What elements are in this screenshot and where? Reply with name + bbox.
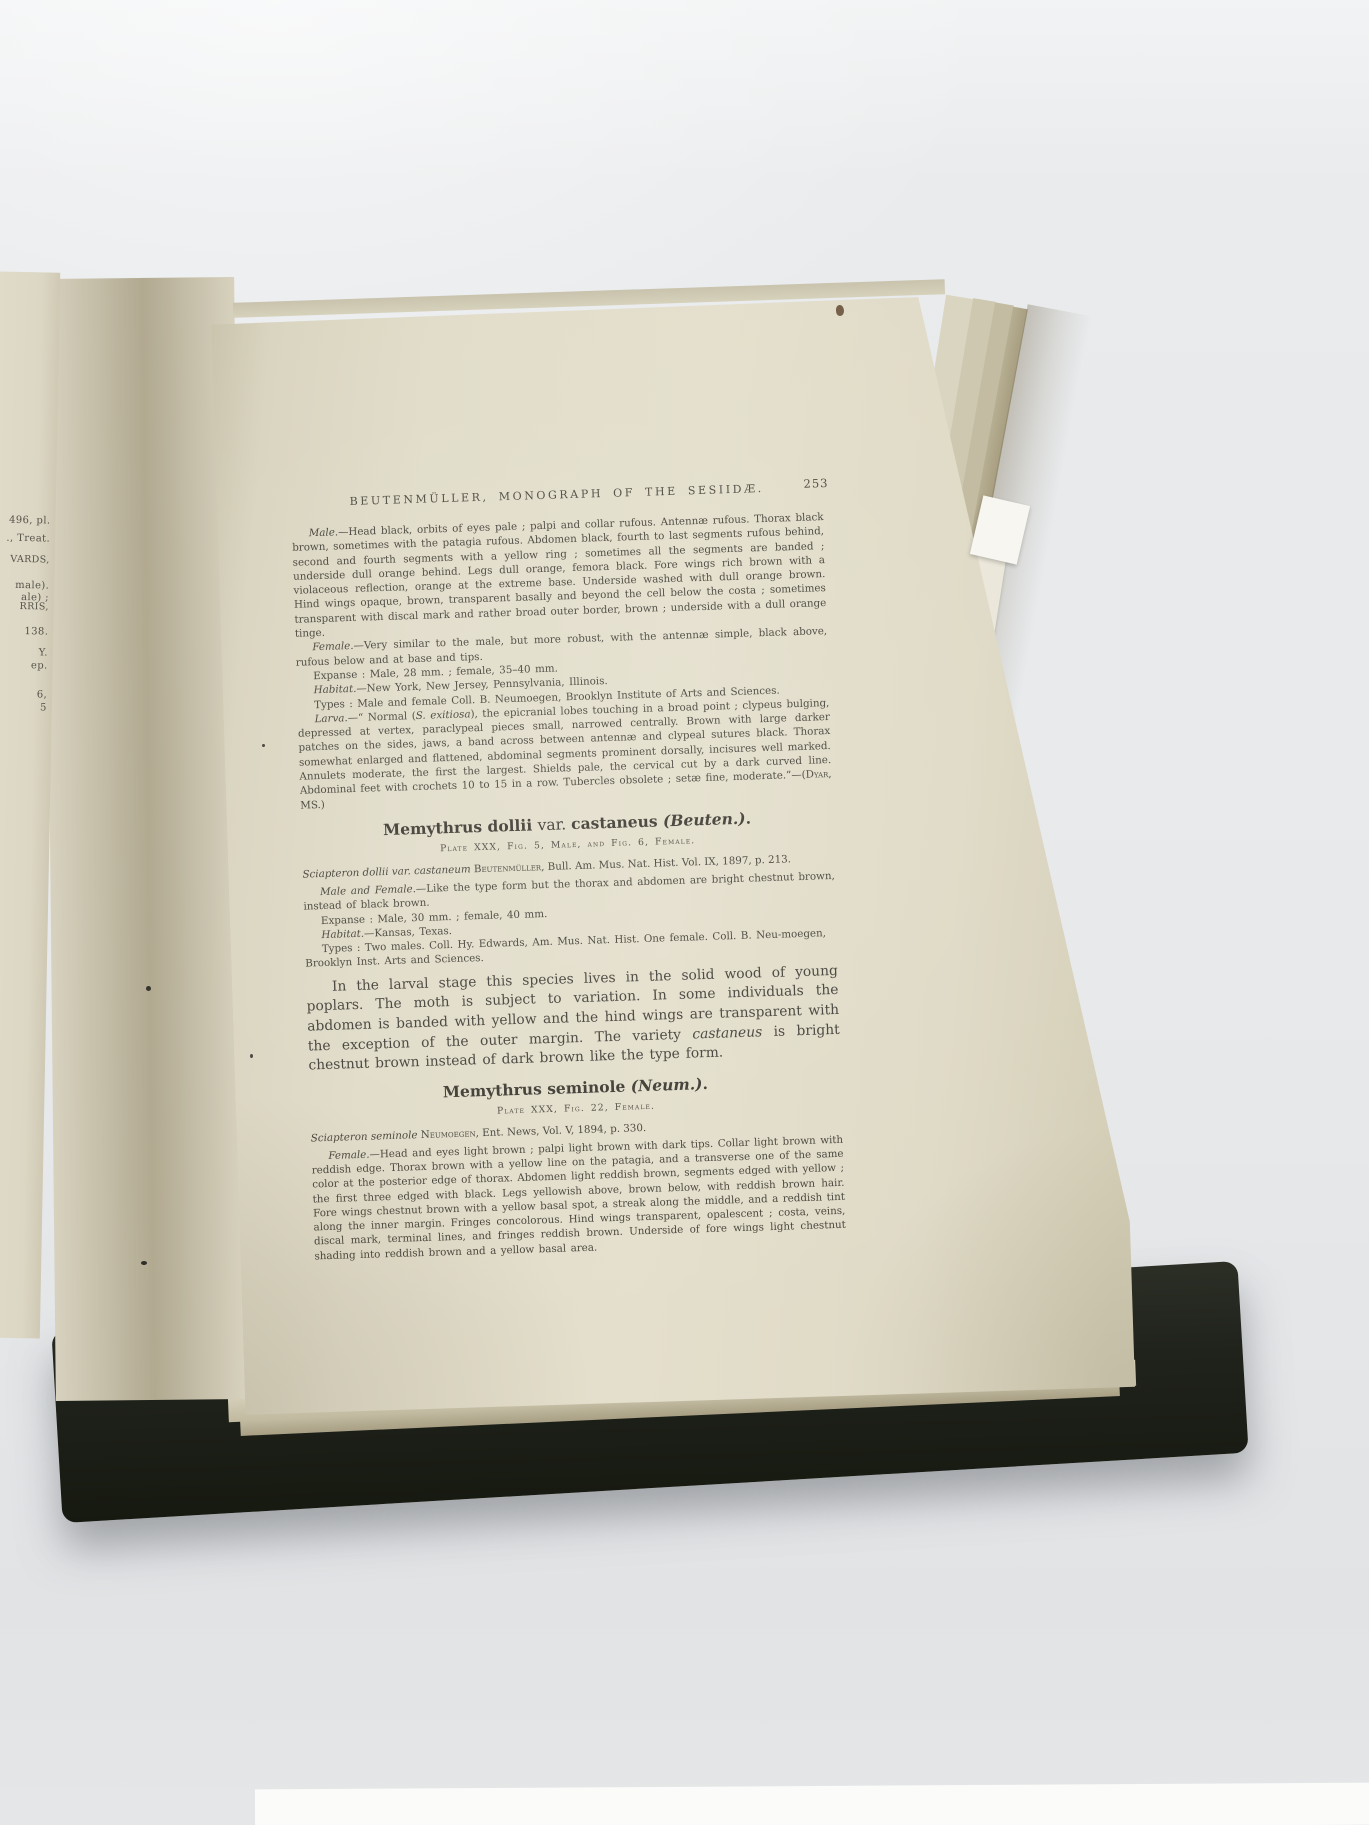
facing-page-fragment: 138.	[24, 626, 48, 637]
paper-speck	[836, 305, 844, 316]
female-seminole-description: Female.—Head and eyes light brown ; palp…	[311, 1132, 846, 1263]
facing-page-fragment: ., Treat.	[6, 533, 50, 545]
page-number: 253	[803, 476, 828, 491]
paper-speck	[262, 744, 265, 747]
facing-page-fragment: 5	[40, 702, 47, 713]
facing-page-fragment: 6,	[37, 689, 48, 700]
table-surface	[255, 1783, 1369, 1825]
running-head-title: BEUTENMÜLLER, MONOGRAPH OF THE SESIIDÆ.	[349, 482, 764, 508]
paper-speck	[250, 1054, 253, 1058]
larval-habits-note: In the larval stage this species lives i…	[306, 962, 841, 1077]
male-description: Male.—Head black, orbits of eyes pale ; …	[292, 510, 827, 641]
facing-page-fragment: 496, pl.	[9, 515, 51, 527]
page-text-block: BEUTENMÜLLER, MONOGRAPH OF THE SESIIDÆ. …	[291, 480, 847, 1263]
larva-description: Larva.—“ Normal (S. exitiosa), the epicr…	[297, 696, 832, 813]
facing-page-fragment: Y.	[39, 647, 49, 658]
running-head: BEUTENMÜLLER, MONOGRAPH OF THE SESIIDÆ. …	[291, 480, 823, 510]
facing-page-fragment: VARDS,	[10, 554, 50, 566]
paper-speck	[141, 1261, 147, 1265]
facing-page-fragment: RRIS,	[19, 601, 48, 613]
facing-page-fragment: ep.	[31, 660, 48, 671]
paper-speck	[146, 986, 151, 991]
facing-page-fragment: male).	[15, 580, 49, 592]
